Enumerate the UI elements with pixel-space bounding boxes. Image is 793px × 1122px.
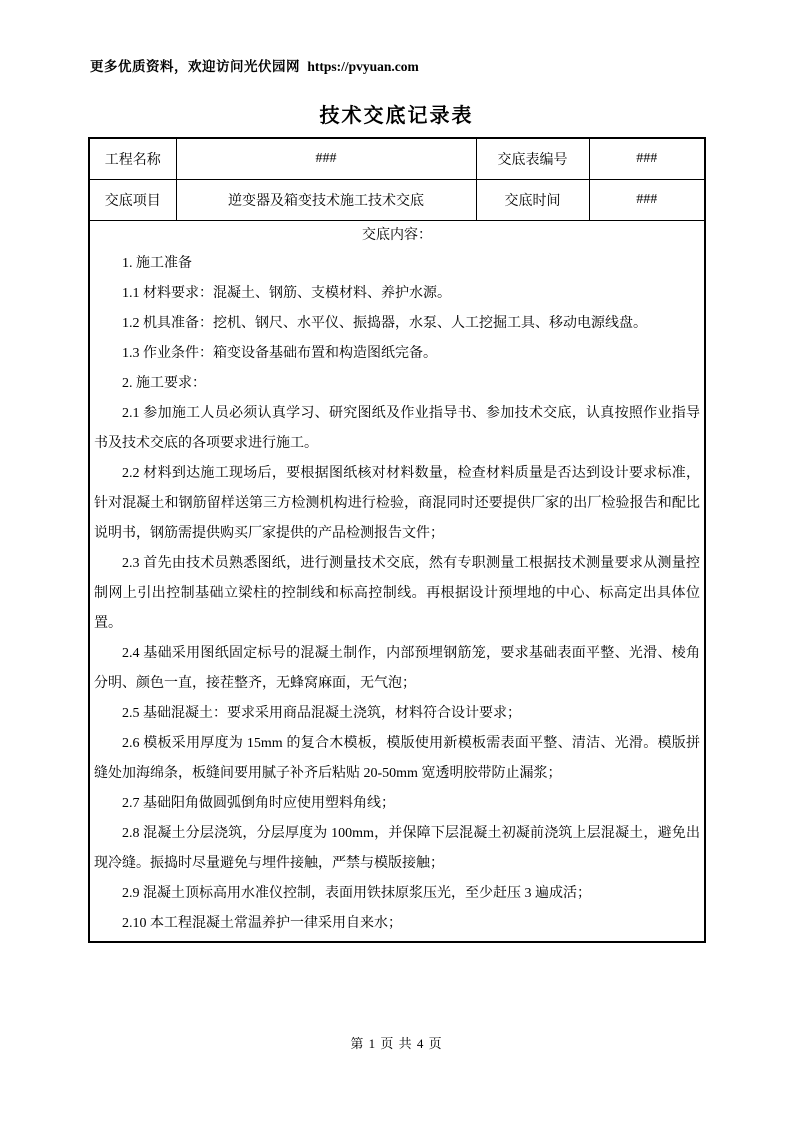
form-number-value: ### (589, 138, 705, 179)
project-name-value: ### (176, 138, 476, 179)
table-row: 工程名称 ### 交底表编号 ### (89, 138, 705, 179)
disclosure-time-value: ### (589, 179, 705, 220)
content-paragraph: 1. 施工准备 (94, 249, 700, 279)
disclosure-form-table: 工程名称 ### 交底表编号 ### 交底项目 逆变器及箱变技术施工技术交底 交… (88, 137, 706, 943)
page-title: 技术交底记录表 (0, 99, 793, 128)
content-paragraph: 2.7 基础阳角做圆弧倒角时应使用塑料角线； (94, 789, 700, 819)
page-footer: 第 1 页 共 4 页 (0, 1033, 793, 1052)
content-paragraph: 1.1 材料要求：混凝土、钢筋、支模材料、养护水源。 (94, 279, 700, 309)
content-paragraph: 2.2 材料到达施工现场后，要根据图纸核对材料数量，检查材料质量是否达到设计要求… (94, 459, 700, 549)
content-paragraph: 2.8 混凝土分层浇筑，分层厚度为 100mm，并保障下层混凝土初凝前浇筑上层混… (94, 819, 700, 879)
form-number-label: 交底表编号 (476, 138, 589, 179)
content-paragraph: 2.6 模板采用厚度为 15mm 的复合木模板，模版使用新模板需表面平整、清洁、… (94, 729, 700, 789)
content-paragraph: 2.3 首先由技术员熟悉图纸，进行测量技术交底，然有专职测量工根据技术测量要求从… (94, 549, 700, 639)
document-page: 更多优质资料，欢迎访问光伏园网 https://pvyuan.com 技术交底记… (0, 0, 793, 1122)
content-label: 交底内容： (94, 223, 700, 249)
content-paragraph: 2.5 基础混凝土：要求采用商品混凝土浇筑，材料符合设计要求； (94, 699, 700, 729)
header-note-text: 更多优质资料，欢迎访问光伏园网 (90, 59, 300, 74)
disclosure-item-value: 逆变器及箱变技术施工技术交底 (176, 179, 476, 220)
disclosure-time-label: 交底时间 (476, 179, 589, 220)
content-paragraph: 1.2 机具准备：挖机、钢尺、水平仪、振捣器，水泵、人工挖掘工具、移动电源线盘。 (94, 309, 700, 339)
table-row: 交底内容： 1. 施工准备 1.1 材料要求：混凝土、钢筋、支模材料、养护水源。… (89, 220, 705, 942)
table-row: 交底项目 逆变器及箱变技术施工技术交底 交底时间 ### (89, 179, 705, 220)
content-paragraph: 2.1 参加施工人员必须认真学习、研究图纸及作业指导书、参加技术交底，认真按照作… (94, 399, 700, 459)
content-paragraph: 2.4 基础采用图纸固定标号的混凝土制作，内部预埋钢筋笼，要求基础表面平整、光滑… (94, 639, 700, 699)
disclosure-content-cell: 交底内容： 1. 施工准备 1.1 材料要求：混凝土、钢筋、支模材料、养护水源。… (89, 220, 705, 942)
content-paragraph: 2.9 混凝土顶标高用水准仪控制，表面用铁抹原浆压光，至少赶压 3 遍成活； (94, 879, 700, 909)
header-note: 更多优质资料，欢迎访问光伏园网 https://pvyuan.com (90, 55, 419, 75)
content-paragraph: 1.3 作业条件：箱变设备基础布置和构造图纸完备。 (94, 339, 700, 369)
content-paragraph: 2. 施工要求： (94, 369, 700, 399)
header-url-link[interactable]: https://pvyuan.com (307, 59, 418, 74)
content-body: 1. 施工准备 1.1 材料要求：混凝土、钢筋、支模材料、养护水源。 1.2 机… (94, 249, 700, 939)
disclosure-item-label: 交底项目 (89, 179, 176, 220)
content-paragraph: 2.10 本工程混凝土常温养护一律采用自来水； (94, 909, 700, 939)
project-name-label: 工程名称 (89, 138, 176, 179)
